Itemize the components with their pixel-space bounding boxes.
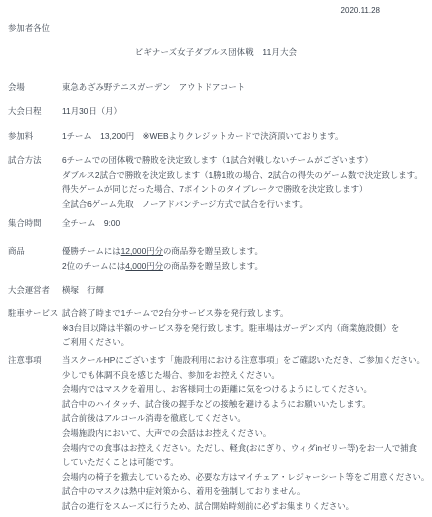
section-venue: 会場 東急あざみ野テニスガーデン アウトドアコート <box>8 80 426 95</box>
prize-line-1-suffix: の商品券を贈呈致します。 <box>163 246 263 256</box>
meeting-time-value: 全チーム 9:00 <box>62 216 426 231</box>
document-page: 2020.11.28 参加者各位 ビギナーズ女子ダブルス団体戦 11月大会 会場… <box>0 0 432 517</box>
notes-line-4: 試合中のハイタッチ、試合後の握手などの接触を避けるようにお願いいたします。 <box>62 397 429 412</box>
format-label: 試合方法 <box>8 153 62 168</box>
section-format: 試合方法 6チームでの団体戦で勝敗を決定致します（1試合対戦しないチームがござい… <box>8 153 426 211</box>
organizer-label: 大会運営者 <box>8 283 62 298</box>
schedule-value: 11月30日（月） <box>62 104 426 119</box>
format-line-1: 6チームでの団体戦で勝敗を決定致します（1試合対戦しないチームがございます） <box>62 153 426 168</box>
venue-label: 会場 <box>8 80 62 95</box>
notes-line-5: 試合前後はアルコール消毒を徹底してください。 <box>62 411 429 426</box>
section-schedule: 大会日程 11月30日（月） <box>8 104 426 119</box>
notes-line-8: していただくことは可能です。 <box>62 455 429 470</box>
format-line-3: 得失ゲームが同じだった場合、7ポイントのタイブレークで勝敗を決定致します） <box>62 182 426 197</box>
meeting-time-label: 集合時間 <box>8 216 62 231</box>
organizer-value: 横塚 行輝 <box>62 283 426 298</box>
prize-label: 商品 <box>8 244 62 259</box>
section-prize: 商品 優勝チームには12,000円分の商品券を贈呈致します。 2位のチームには4… <box>8 244 426 273</box>
section-meeting-time: 集合時間 全チーム 9:00 <box>8 216 426 231</box>
prize-line-2-amount: 4,000円分 <box>125 261 163 271</box>
notes-label: 注意事項 <box>8 353 62 368</box>
prize-line-2: 2位のチームには4,000円分の商品券を贈呈致します。 <box>62 259 426 274</box>
prize-lines: 優勝チームには12,000円分の商品券を贈呈致します。 2位のチームには4,00… <box>62 244 426 273</box>
section-notes: 注意事項 当スクールHPにございます「施設利用における注意事項」をご確認いただき… <box>8 353 426 514</box>
parking-line-3: ご利用ください。 <box>62 335 426 350</box>
format-line-2: ダブルス2試合で勝敗を決定致します（1勝1敗の場合、2試合の得失のゲーム数で決定… <box>62 168 426 183</box>
parking-lines: 試合終了時まで1チームで2台分サービス券を発行致します。 ※3台目以降は半額のサ… <box>62 306 426 350</box>
prize-line-2-prefix: 2位のチームには <box>62 261 125 271</box>
prize-line-2-suffix: の商品券を贈呈致します。 <box>163 261 263 271</box>
section-organizer: 大会運営者 横塚 行輝 <box>8 283 426 298</box>
salutation: 参加者各位 <box>8 21 50 36</box>
schedule-label: 大会日程 <box>8 104 62 119</box>
notes-line-2: 少しでも体調不良を感じた場合、参加をお控えください。 <box>62 368 429 383</box>
notes-line-3: 会場内ではマスクを着用し、お客様同士の距離に気をつけるようにしてください。 <box>62 382 429 397</box>
format-lines: 6チームでの団体戦で勝敗を決定致します（1試合対戦しないチームがございます） ダ… <box>62 153 426 211</box>
notes-line-6: 会場施設内において、大声での会話はお控えください。 <box>62 426 429 441</box>
document-date: 2020.11.28 <box>341 4 380 19</box>
prize-line-1-prefix: 優勝チームには <box>62 246 121 256</box>
parking-line-1: 試合終了時まで1チームで2台分サービス券を発行致します。 <box>62 306 426 321</box>
notes-line-11: 試合の進行をスムーズに行うため、試合開始時刻前に必ずお集まりください。 <box>62 499 429 514</box>
venue-value: 東急あざみ野テニスガーデン アウトドアコート <box>62 80 426 95</box>
notes-line-1: 当スクールHPにございます「施設利用における注意事項」をご確認いただき、ご参加く… <box>62 353 429 368</box>
notes-line-9: 会場内の椅子を撤去しているため、必要な方はマイチェア・レジャーシート等をご用意く… <box>62 470 429 485</box>
notes-line-7: 会場内での食事はお控えください。ただし、軽食(おにぎり、ウィダinゼリー等)をお… <box>62 441 429 456</box>
notes-line-10: 試合中のマスクは熱中症対策から、着用を強制しておりません。 <box>62 484 429 499</box>
prize-line-1: 優勝チームには12,000円分の商品券を贈呈致します。 <box>62 244 426 259</box>
format-line-4: 全試合6ゲーム先取 ノーアドバンテージ方式で試合を行います。 <box>62 197 426 212</box>
section-fee: 参加料 1チーム 13,200円 ※WEBよりクレジットカードで決済頂いておりま… <box>8 129 426 144</box>
parking-label: 駐車サービス <box>8 306 62 321</box>
prize-line-1-amount: 12,000円分 <box>121 246 163 256</box>
fee-value: 1チーム 13,200円 ※WEBよりクレジットカードで決済頂いております。 <box>62 129 426 144</box>
document-title: ビギナーズ女子ダブルス団体戦 11月大会 <box>0 45 432 60</box>
notes-lines: 当スクールHPにございます「施設利用における注意事項」をご確認いただき、ご参加く… <box>62 353 429 514</box>
fee-label: 参加料 <box>8 129 62 144</box>
parking-line-2: ※3台目以降は半額のサービス券を発行致します。駐車場はガーデンズ内（商業施設側）… <box>62 321 426 336</box>
section-parking: 駐車サービス 試合終了時まで1チームで2台分サービス券を発行致します。 ※3台目… <box>8 306 426 350</box>
